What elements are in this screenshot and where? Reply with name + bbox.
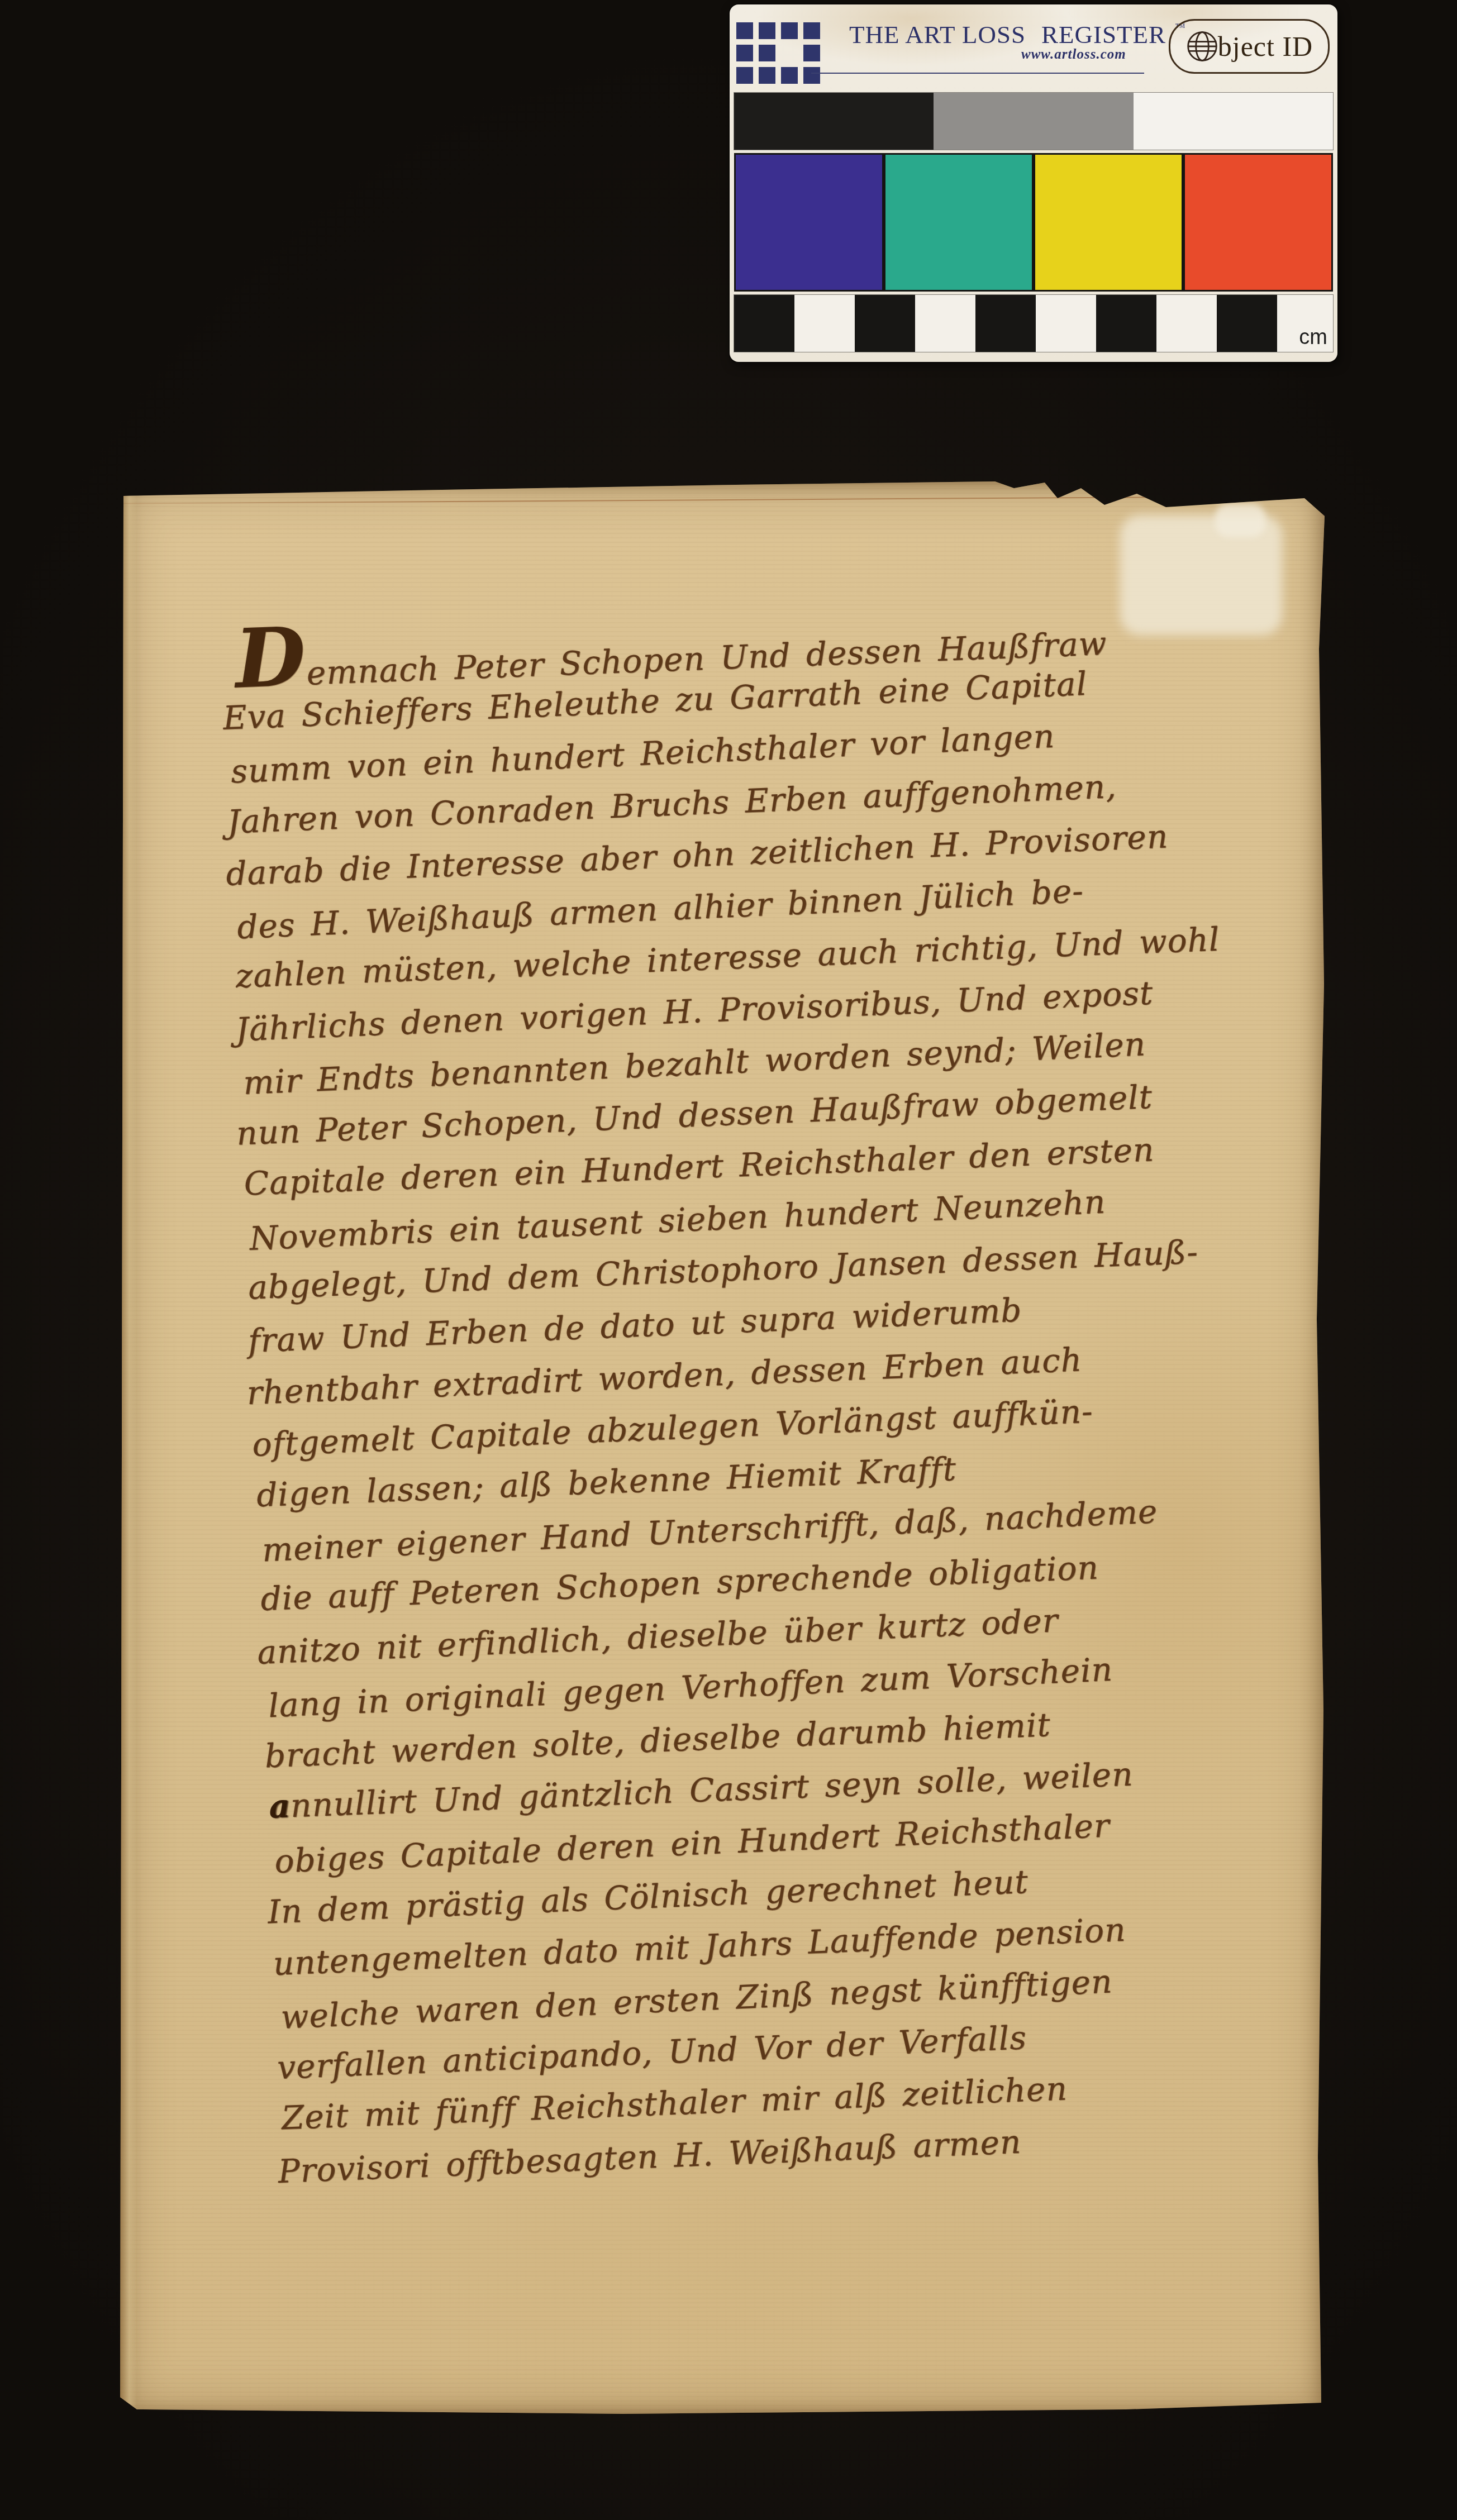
gray-patch-white (1134, 93, 1333, 150)
logo-square (759, 22, 775, 39)
logo-square (803, 45, 820, 61)
brand-title: THE ART LOSS REGISTER ™ (849, 20, 1184, 49)
logo-square (736, 22, 753, 39)
grayscale-row (734, 93, 1333, 150)
paper-repair-spot (1215, 504, 1265, 537)
logo-square (736, 67, 753, 84)
color-patch-red (1185, 155, 1331, 290)
photo-stage: THE ART LOSS REGISTER ™ www.artloss.com (0, 0, 1457, 2520)
logo-square (803, 67, 820, 84)
brand-part1: THE ART LOSS (849, 20, 1026, 49)
alr-squares-logo (736, 22, 837, 85)
brand-underline (811, 73, 1144, 74)
website-url: www.artloss.com (1021, 47, 1166, 63)
logo-square (803, 22, 820, 39)
manuscript-paper: Demnach Peter Schopen Und dessen Haußfra… (120, 481, 1327, 2415)
logo-square (759, 45, 775, 61)
logo-square (759, 67, 775, 84)
logo-square-empty (781, 45, 798, 61)
color-patch-teal (885, 155, 1032, 290)
logo-square (781, 22, 798, 39)
cm-unit-label: cm (1299, 326, 1327, 350)
globe-icon (1185, 30, 1219, 63)
color-patch-blue (736, 155, 882, 290)
object-id-label: bject ID (1218, 30, 1313, 63)
paper-top-rule-line (120, 495, 1327, 504)
logo-square (781, 67, 798, 84)
color-patch-yellow (1035, 155, 1182, 290)
paper-fold-edge (120, 481, 137, 2415)
logo-square (736, 45, 753, 61)
cm-ruler: cm (734, 295, 1333, 352)
object-id-logo: bject ID (1169, 19, 1330, 74)
color-patch-row (734, 153, 1333, 292)
calibration-card: THE ART LOSS REGISTER ™ www.artloss.com (730, 4, 1337, 362)
gray-patch-gray (934, 93, 1133, 150)
card-header: THE ART LOSS REGISTER ™ www.artloss.com (730, 4, 1337, 93)
brand-part2: REGISTER (1041, 20, 1166, 49)
manuscript-text: Demnach Peter Schopen Und dessen Haußfra… (220, 586, 1404, 2197)
gray-patch-black (734, 93, 934, 150)
